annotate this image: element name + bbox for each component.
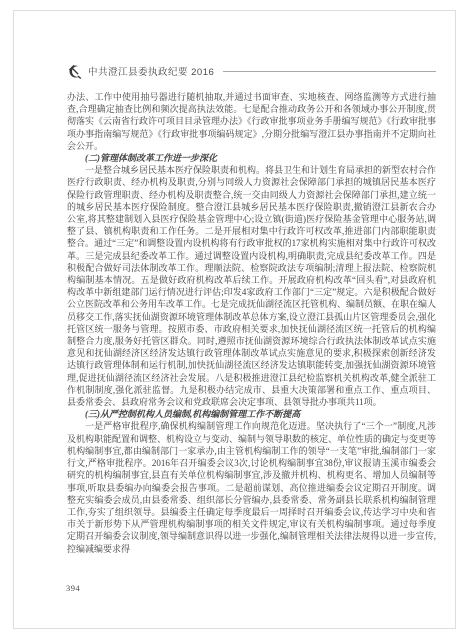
body-paragraph-section-3: 一是严格审批程序,确保机构编制管理工作向规范化迈进。坚决执行了“三个一”制度,凡… <box>67 420 436 554</box>
header-rule <box>223 71 436 72</box>
running-header-title: 中共澄江县委执政纪要 2016 <box>88 64 214 78</box>
page-header: 中共澄江县委执政纪要 2016 <box>68 62 436 80</box>
page-number: 394 <box>66 583 80 593</box>
body-text-column: 办法、工作中使用抽号器进行随机抽取,并通过书面审查、实地核查、网络监测等方式进行… <box>67 91 436 555</box>
party-emblem-icon <box>68 64 83 79</box>
section-heading-2: (二)管理体制改革工作进一步深化 <box>67 152 436 164</box>
scanned-book-page: 中共澄江县委执政纪要 2016 办法、工作中使用抽号器进行随机抽取,并通过书面审… <box>0 0 468 640</box>
body-paragraph-continuation: 办法、工作中使用抽号器进行随机抽取,并通过书面审查、实地核查、网络监测等方式进行… <box>67 91 436 152</box>
section-heading-3: (三)从严控制机构人员编制,机构编制管理工作不断提高 <box>67 408 436 420</box>
body-paragraph-section-2: 一是整合城乡居民基本医疗保险职责和机构。将县卫生和计划生育局承担的新型农村合作医… <box>67 164 436 408</box>
